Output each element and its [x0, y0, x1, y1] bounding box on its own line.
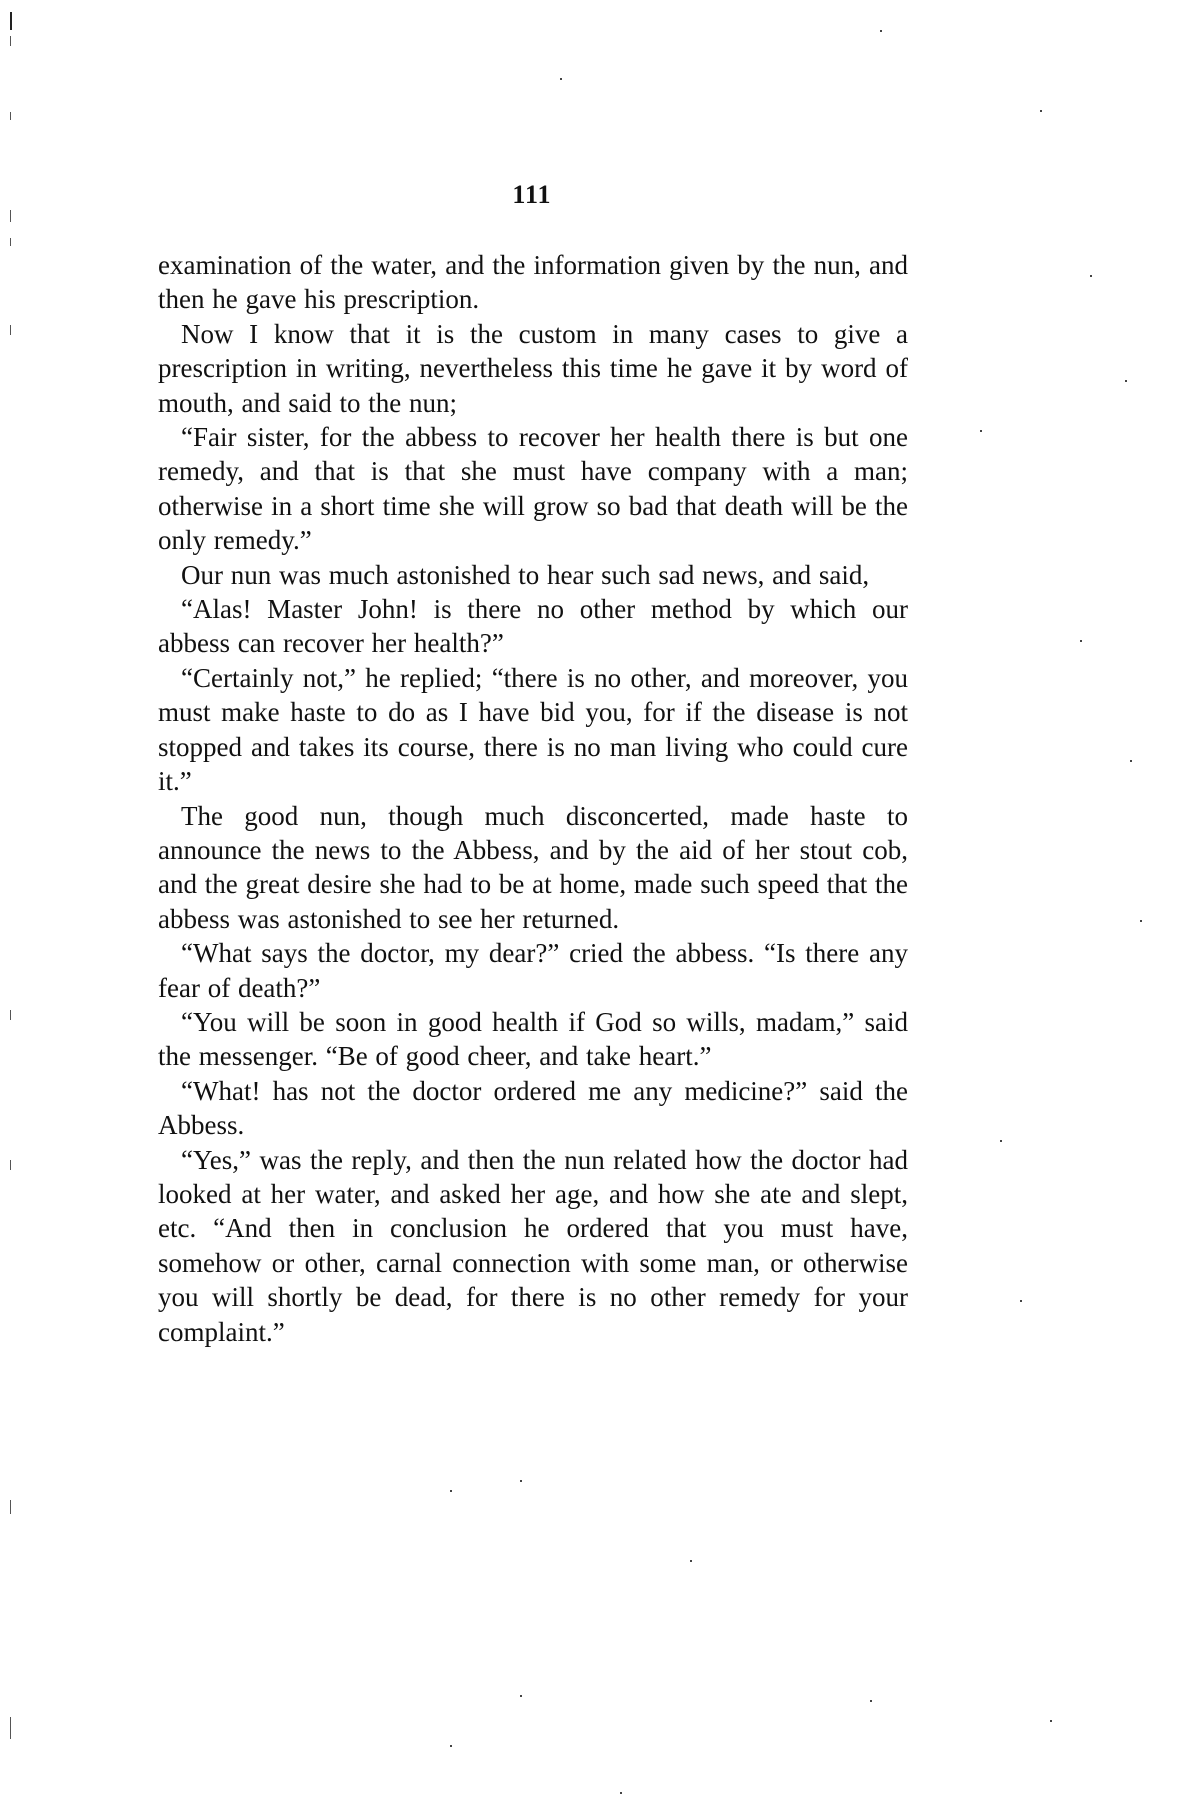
- paragraph: “Certainly not,” he replied; “there is n…: [158, 661, 908, 799]
- scan-edge-mark: [10, 12, 12, 30]
- scan-speck: [980, 430, 982, 432]
- scan-speck: [520, 1695, 522, 1697]
- scan-speck: [520, 1480, 522, 1482]
- scan-speck: [1080, 640, 1082, 642]
- scan-speck: [1125, 380, 1127, 382]
- paragraph: “What says the doctor, my dear?” cried t…: [158, 936, 908, 1005]
- scan-edge-mark: [10, 112, 11, 120]
- scan-speck: [870, 1700, 872, 1702]
- scan-speck: [1140, 920, 1142, 922]
- scan-edge-mark: [10, 210, 11, 222]
- scan-speck: [880, 30, 882, 32]
- scan-speck: [450, 1490, 452, 1492]
- paragraph: “What! has not the doctor ordered me any…: [158, 1074, 908, 1143]
- paragraph: The good nun, though much disconcerted, …: [158, 799, 908, 937]
- scan-edge-mark: [10, 1010, 11, 1020]
- scan-speck: [1000, 1140, 1002, 1142]
- scan-speck: [560, 78, 562, 80]
- scan-speck: [690, 1560, 692, 1562]
- scan-speck: [1050, 1720, 1052, 1722]
- paragraph: “Alas! Master John! is there no other me…: [158, 592, 908, 661]
- scan-edge-mark: [10, 1500, 11, 1514]
- scan-speck: [1020, 1300, 1022, 1302]
- scan-speck: [1090, 275, 1092, 277]
- paragraph: Our nun was much astonished to hear such…: [158, 558, 908, 592]
- scan-speck: [1040, 110, 1042, 112]
- scan-speck: [620, 1792, 622, 1794]
- scan-speck: [1130, 760, 1132, 762]
- paragraph: “Yes,” was the reply, and then the nun r…: [158, 1143, 908, 1349]
- body-text: examination of the water, and the inform…: [158, 248, 908, 1349]
- scan-speck: [450, 1745, 452, 1747]
- paragraph: “Fair sister, for the abbess to recover …: [158, 420, 908, 558]
- scan-edge-mark: [10, 1717, 11, 1739]
- scan-edge-mark: [10, 1160, 11, 1170]
- paragraph: Now I know that it is the custom in many…: [158, 317, 908, 420]
- scan-edge-mark: [10, 325, 11, 335]
- paragraph: examination of the water, and the inform…: [158, 248, 908, 317]
- paragraph: “You will be soon in good health if God …: [158, 1005, 908, 1074]
- scan-edge-mark: [10, 36, 11, 46]
- scan-edge-mark: [10, 238, 11, 246]
- page-number: 111: [0, 180, 1064, 210]
